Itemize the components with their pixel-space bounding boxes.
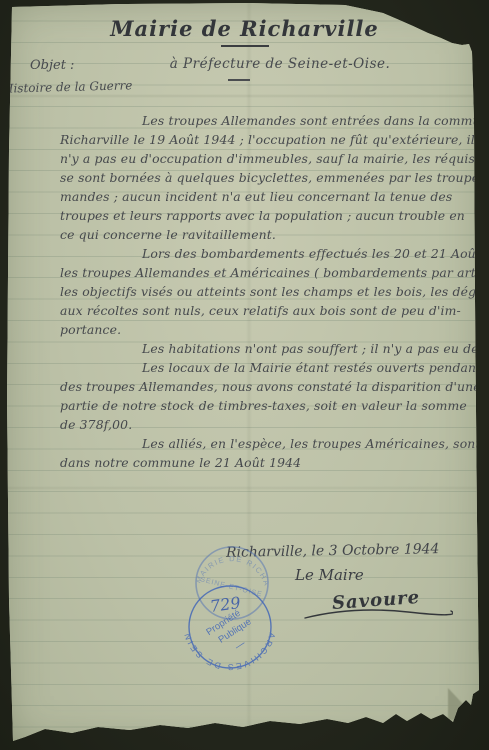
paper-fold-corner bbox=[448, 688, 478, 720]
handwritten-line: ce qui concerne le ravitaillement. bbox=[60, 225, 465, 244]
handwritten-line: Les troupes Allemandes sont entrées dans… bbox=[60, 111, 465, 130]
letterhead-title: Mairie de Richarville bbox=[0, 16, 489, 41]
signature-flourish bbox=[303, 602, 453, 624]
handwritten-line: mandes ; aucun incident n'a eut lieu con… bbox=[60, 187, 465, 206]
handwritten-line: de 378f,00. bbox=[60, 415, 465, 434]
handwritten-line: Richarville le 19 Août 1944 ; l'occupati… bbox=[60, 130, 465, 149]
subject-value: Histoire de la Guerre bbox=[3, 78, 133, 96]
mairie-stamp-arc-text: MAIRIE DE RICHARVILLE bbox=[172, 535, 272, 588]
archive-stamps: MAIRIE DE RICHARVILLE SEINE-ET-OISE ARCH… bbox=[172, 535, 302, 695]
handwritten-line: les objectifs visés ou atteints sont les… bbox=[60, 282, 465, 301]
title-underline bbox=[221, 45, 269, 47]
body-text: Les troupes Allemandes sont entrées dans… bbox=[60, 111, 465, 472]
handwritten-line: se sont bornées à quelques bicyclettes, … bbox=[60, 168, 465, 187]
handwritten-line: portance. bbox=[60, 320, 465, 339]
handwritten-line: Les locaux de la Mairie étant restés ouv… bbox=[60, 358, 465, 377]
handwritten-line: partie de notre stock de timbres-taxes, … bbox=[60, 396, 465, 415]
handwritten-line: troupes et leurs rapports avec la popula… bbox=[60, 206, 465, 225]
handwritten-line: les troupes Allemandes et Américaines ( … bbox=[60, 263, 465, 282]
handwritten-line: des troupes Allemandes, nous avons const… bbox=[60, 377, 465, 396]
addressee-underline bbox=[228, 79, 250, 81]
document-paper: Mairie de Richarville à Préfecture de Se… bbox=[0, 0, 489, 750]
subject-label: Objet : bbox=[30, 58, 74, 74]
handwritten-line: dans notre commune le 21 Août 1944 bbox=[60, 453, 465, 472]
archives-stamp-dash: — bbox=[233, 638, 247, 653]
handwritten-line: n'y a pas eu d'occupation d'immeubles, s… bbox=[60, 149, 465, 168]
signatory-role: Le Maire bbox=[295, 566, 364, 584]
svg-text:MAIRIE DE RICHARVILLE: MAIRIE DE RICHARVILLE bbox=[172, 535, 272, 588]
handwritten-line: aux récoltes sont nuls, ceux relatifs au… bbox=[60, 301, 465, 320]
handwritten-line: Les habitations n'ont pas souffert ; il … bbox=[60, 339, 465, 358]
handwritten-line: Les alliés, en l'espèce, les troupes Amé… bbox=[60, 434, 465, 453]
handwritten-line: Lors des bombardements effectués les 20 … bbox=[60, 244, 465, 263]
